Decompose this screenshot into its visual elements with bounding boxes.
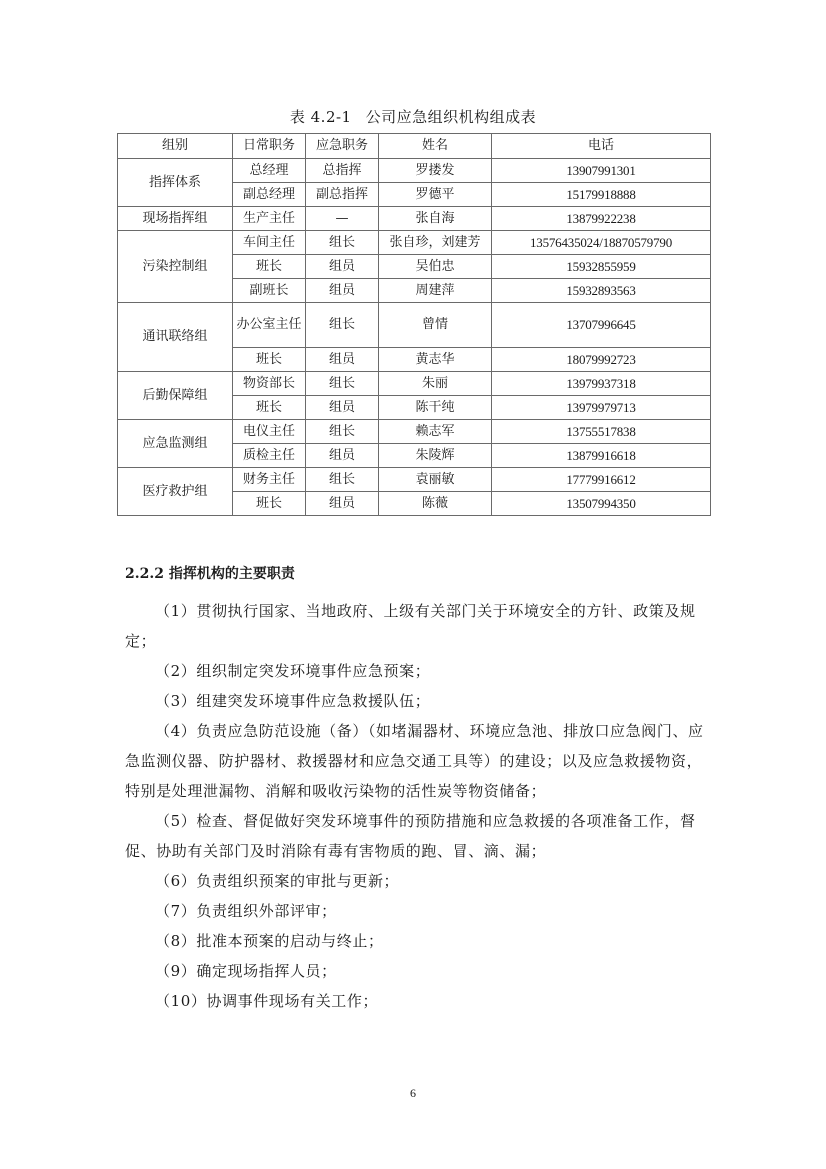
emergency-role-cell: 副总指挥 bbox=[306, 183, 379, 207]
phone-cell: 13507994350 bbox=[492, 492, 711, 516]
phone-cell: 13879922238 bbox=[492, 207, 711, 231]
emergency-role-cell: — bbox=[306, 207, 379, 231]
duty-item-6: （6）负责组织预案的审批与更新； bbox=[125, 866, 705, 896]
header-phone: 电话 bbox=[492, 134, 711, 159]
table-row: 现场指挥组 生产主任 — 张自海 13879922238 bbox=[118, 207, 711, 231]
phone-cell: 13979937318 bbox=[492, 372, 711, 396]
table-row: 污染控制组 车间主任 组长 张自珍，刘建芳 13576435024/188705… bbox=[118, 231, 711, 255]
phone-cell: 13907991301 bbox=[492, 159, 711, 183]
phone-cell: 15932893563 bbox=[492, 279, 711, 303]
emergency-role-cell: 组长 bbox=[306, 420, 379, 444]
person-name-cell: 罗德平 bbox=[379, 183, 492, 207]
person-name-cell: 曾情 bbox=[379, 303, 492, 348]
header-name: 姓名 bbox=[379, 134, 492, 159]
duty-item-2: （2）组织制定突发环境事件应急预案； bbox=[125, 656, 705, 686]
section-heading: 2.2.2 指挥机构的主要职责 bbox=[125, 563, 295, 583]
emergency-role-cell: 组员 bbox=[306, 279, 379, 303]
phone-cell: 13755517838 bbox=[492, 420, 711, 444]
emergency-role-cell: 组员 bbox=[306, 348, 379, 372]
emergency-role-cell: 组员 bbox=[306, 444, 379, 468]
daily-role-cell: 财务主任 bbox=[233, 468, 306, 492]
phone-cell: 13879916618 bbox=[492, 444, 711, 468]
daily-role-cell: 班长 bbox=[233, 348, 306, 372]
person-name-cell: 张自珍，刘建芳 bbox=[379, 231, 492, 255]
phone-cell: 18079992723 bbox=[492, 348, 711, 372]
emergency-role-cell: 组员 bbox=[306, 492, 379, 516]
table-caption-number: 表 4.2-1 bbox=[290, 108, 352, 126]
phone-cell: 15932855959 bbox=[492, 255, 711, 279]
person-name-cell: 周建萍 bbox=[379, 279, 492, 303]
person-name-cell: 陈薇 bbox=[379, 492, 492, 516]
phone-cell: 17779916612 bbox=[492, 468, 711, 492]
emergency-role-cell: 组长 bbox=[306, 468, 379, 492]
daily-role-cell: 质检主任 bbox=[233, 444, 306, 468]
phone-cell: 15179918888 bbox=[492, 183, 711, 207]
emergency-role-cell: 组长 bbox=[306, 303, 379, 348]
duty-item-8: （8）批准本预案的启动与终止； bbox=[125, 926, 705, 956]
duty-item-1: （1）贯彻执行国家、当地政府、上级有关部门关于环境安全的方针、政策及规定； bbox=[125, 596, 705, 656]
phone-cell: 13707996645 bbox=[492, 303, 711, 348]
duty-item-5: （5）检查、督促做好突发环境事件的预防措施和应急救援的各项准备工作，督促、协助有… bbox=[125, 806, 705, 866]
table-row: 后勤保障组 物资部长 组长 朱丽 13979937318 bbox=[118, 372, 711, 396]
daily-role-cell: 车间主任 bbox=[233, 231, 306, 255]
duty-item-4: （4）负责应急防范设施（备）（如堵漏器材、环境应急池、排放口应急阀门、应急监测仪… bbox=[125, 716, 705, 806]
table-row: 指挥体系 总经理 总指挥 罗搂发 13907991301 bbox=[118, 159, 711, 183]
person-name-cell: 朱丽 bbox=[379, 372, 492, 396]
emergency-role-cell: 组员 bbox=[306, 255, 379, 279]
duty-item-7: （7）负责组织外部评审； bbox=[125, 896, 705, 926]
table-row: 医疗救护组 财务主任 组长 袁丽敏 17779916612 bbox=[118, 468, 711, 492]
group-cell: 后勤保障组 bbox=[118, 372, 233, 420]
phone-cell: 13576435024/18870579790 bbox=[492, 231, 711, 255]
table-header-row: 组别 日常职务 应急职务 姓名 电话 bbox=[118, 134, 711, 159]
emergency-organization-table: 组别 日常职务 应急职务 姓名 电话 指挥体系 总经理 总指挥 罗搂发 1390… bbox=[117, 133, 711, 516]
emergency-role-cell: 组员 bbox=[306, 396, 379, 420]
header-daily-role: 日常职务 bbox=[233, 134, 306, 159]
header-group: 组别 bbox=[118, 134, 233, 159]
table-caption-title: 公司应急组织机构组成表 bbox=[366, 108, 537, 126]
daily-role-cell: 物资部长 bbox=[233, 372, 306, 396]
daily-role-cell: 办公室主任 bbox=[233, 303, 306, 348]
daily-role-cell: 班长 bbox=[233, 492, 306, 516]
daily-role-cell: 副总经理 bbox=[233, 183, 306, 207]
table-caption: 表 4.2-1公司应急组织机构组成表 bbox=[0, 106, 826, 127]
person-name-cell: 袁丽敏 bbox=[379, 468, 492, 492]
group-cell: 通讯联络组 bbox=[118, 303, 233, 372]
person-name-cell: 罗搂发 bbox=[379, 159, 492, 183]
daily-role-cell: 总经理 bbox=[233, 159, 306, 183]
person-name-cell: 朱陵辉 bbox=[379, 444, 492, 468]
duty-item-9: （9）确定现场指挥人员； bbox=[125, 956, 705, 986]
emergency-role-cell: 组长 bbox=[306, 231, 379, 255]
table-row: 通讯联络组 办公室主任 组长 曾情 13707996645 bbox=[118, 303, 711, 348]
header-emergency-role: 应急职务 bbox=[306, 134, 379, 159]
daily-role-cell: 生产主任 bbox=[233, 207, 306, 231]
person-name-cell: 吴伯忠 bbox=[379, 255, 492, 279]
person-name-cell: 张自海 bbox=[379, 207, 492, 231]
person-name-cell: 赖志军 bbox=[379, 420, 492, 444]
group-cell: 应急监测组 bbox=[118, 420, 233, 468]
duty-item-3: （3）组建突发环境事件应急救援队伍； bbox=[125, 686, 705, 716]
phone-cell: 13979979713 bbox=[492, 396, 711, 420]
person-name-cell: 陈干纯 bbox=[379, 396, 492, 420]
emergency-role-cell: 总指挥 bbox=[306, 159, 379, 183]
duty-item-10: （10）协调事件现场有关工作； bbox=[125, 986, 705, 1016]
daily-role-cell: 副班长 bbox=[233, 279, 306, 303]
person-name-cell: 黄志华 bbox=[379, 348, 492, 372]
daily-role-cell: 电仪主任 bbox=[233, 420, 306, 444]
group-cell: 污染控制组 bbox=[118, 231, 233, 303]
group-cell: 医疗救护组 bbox=[118, 468, 233, 516]
daily-role-cell: 班长 bbox=[233, 255, 306, 279]
daily-role-cell: 班长 bbox=[233, 396, 306, 420]
group-cell: 现场指挥组 bbox=[118, 207, 233, 231]
emergency-role-cell: 组长 bbox=[306, 372, 379, 396]
table-row: 应急监测组 电仪主任 组长 赖志军 13755517838 bbox=[118, 420, 711, 444]
group-cell: 指挥体系 bbox=[118, 159, 233, 207]
page-number: 6 bbox=[0, 1086, 826, 1101]
